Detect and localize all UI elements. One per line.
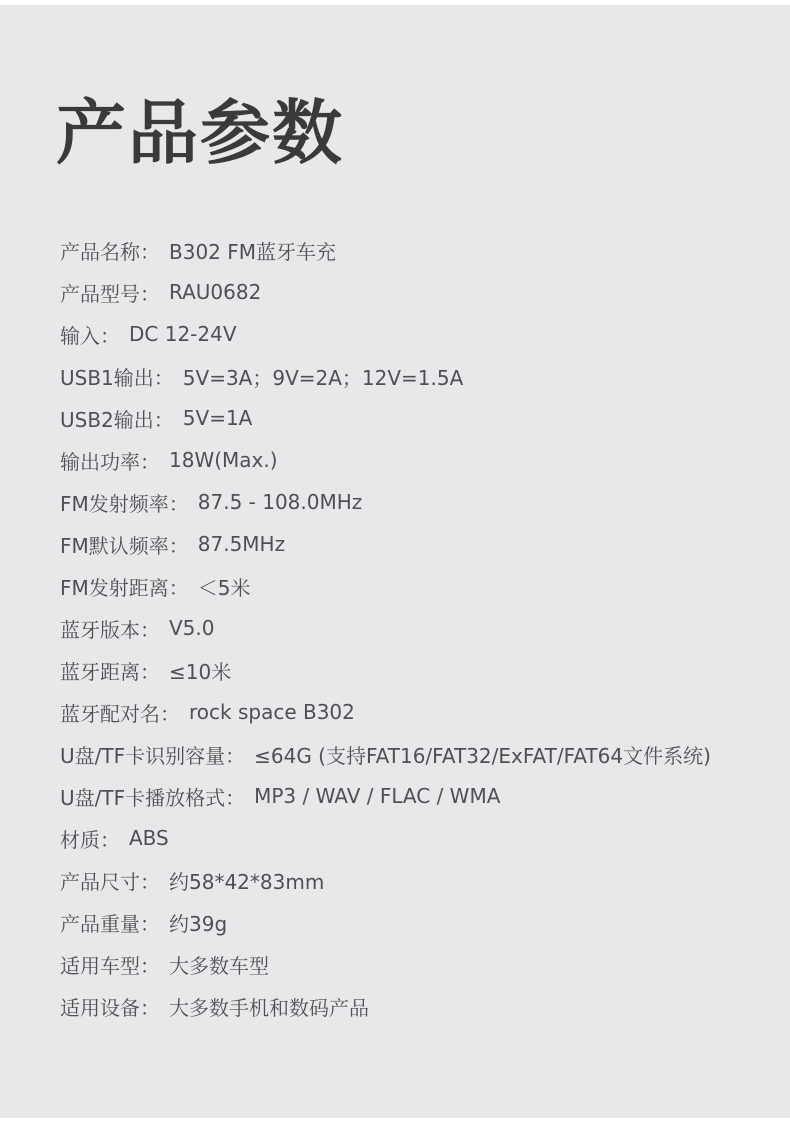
spec-label: 蓝牙距离 <box>60 656 140 685</box>
spec-colon: ： <box>100 320 120 349</box>
spec-row-fm-default-frequency: FM默认频率：87.5MHz <box>60 523 770 565</box>
spec-label: 产品尺寸 <box>60 866 140 895</box>
spec-label: 蓝牙配对名 <box>60 698 160 727</box>
spec-label: 输入 <box>60 320 100 349</box>
spec-row-applicable-vehicles: 适用车型：大多数车型 <box>60 943 770 985</box>
spec-label: U盘/TF卡播放格式 <box>60 782 225 811</box>
spec-label: FM默认频率 <box>60 530 169 559</box>
spec-colon: ： <box>140 866 160 895</box>
spec-label: USB1输出 <box>60 362 154 391</box>
bottom-white-band <box>0 1118 790 1124</box>
spec-value: B302 FM蓝牙车充 <box>169 236 336 265</box>
spec-value: 大多数手机和数码产品 <box>169 992 369 1021</box>
spec-colon: ： <box>225 782 245 811</box>
top-white-band <box>0 0 790 5</box>
spec-row-usb-tf-playback-formats: U盘/TF卡播放格式：MP3 / WAV / FLAC / WMA <box>60 775 770 817</box>
spec-row-product-name: 产品名称：B302 FM蓝牙车充 <box>60 229 770 271</box>
spec-row-bluetooth-pairing-name: 蓝牙配对名：rock space B302 <box>60 691 770 733</box>
spec-list: 产品名称：B302 FM蓝牙车充 产品型号：RAU0682 输入：DC 12-2… <box>60 229 770 1027</box>
spec-value: DC 12-24V <box>129 322 237 346</box>
spec-label: 产品名称 <box>60 236 140 265</box>
spec-value: 87.5 - 108.0MHz <box>198 490 363 514</box>
spec-label: 产品重量 <box>60 908 140 937</box>
spec-colon: ： <box>100 824 120 853</box>
spec-colon: ： <box>140 614 160 643</box>
spec-label: 蓝牙版本 <box>60 614 140 643</box>
spec-label: 适用设备 <box>60 992 140 1021</box>
spec-value: 5V=1A <box>183 406 253 430</box>
spec-colon: ： <box>169 488 189 517</box>
spec-row-applicable-devices: 适用设备：大多数手机和数码产品 <box>60 985 770 1027</box>
spec-value: MP3 / WAV / FLAC / WMA <box>254 784 500 808</box>
spec-row-usb2-output: USB2输出：5V=1A <box>60 397 770 439</box>
spec-row-model: 产品型号：RAU0682 <box>60 271 770 313</box>
spec-colon: ： <box>160 698 180 727</box>
spec-row-fm-tx-distance: FM发射距离：＜5米 <box>60 565 770 607</box>
spec-row-input: 输入：DC 12-24V <box>60 313 770 355</box>
spec-colon: ： <box>140 236 160 265</box>
spec-label: 产品型号 <box>60 278 140 307</box>
spec-colon: ： <box>140 278 160 307</box>
spec-value: V5.0 <box>169 616 215 640</box>
spec-value: 18W(Max.) <box>169 448 278 472</box>
spec-label: USB2输出 <box>60 404 154 433</box>
spec-value: 约39g <box>169 908 227 937</box>
spec-row-material: 材质：ABS <box>60 817 770 859</box>
spec-row-output-power: 输出功率：18W(Max.) <box>60 439 770 481</box>
spec-label: FM发射频率 <box>60 488 169 517</box>
spec-value: 大多数车型 <box>169 950 269 979</box>
spec-row-usb-tf-capacity: U盘/TF卡识别容量：≤64G (支持FAT16/FAT32/ExFAT/FAT… <box>60 733 770 775</box>
spec-colon: ： <box>140 908 160 937</box>
spec-label: FM发射距离 <box>60 572 169 601</box>
spec-value: rock space B302 <box>189 700 355 724</box>
spec-row-product-weight: 产品重量：约39g <box>60 901 770 943</box>
spec-label: 材质 <box>60 824 100 853</box>
spec-value: 约58*42*83mm <box>169 866 324 895</box>
spec-row-product-size: 产品尺寸：约58*42*83mm <box>60 859 770 901</box>
spec-colon: ： <box>140 446 160 475</box>
spec-colon: ： <box>169 572 189 601</box>
spec-value: ABS <box>129 826 169 850</box>
spec-value: 87.5MHz <box>198 532 285 556</box>
spec-colon: ： <box>140 656 160 685</box>
spec-label: 适用车型 <box>60 950 140 979</box>
spec-colon: ： <box>154 404 174 433</box>
spec-colon: ： <box>169 530 189 559</box>
product-spec-page: 产品参数 产品名称：B302 FM蓝牙车充 产品型号：RAU0682 输入：DC… <box>0 0 790 1124</box>
spec-label: U盘/TF卡识别容量 <box>60 740 225 769</box>
spec-label: 输出功率 <box>60 446 140 475</box>
spec-value: ＜5米 <box>198 572 251 601</box>
spec-value: RAU0682 <box>169 280 261 304</box>
spec-colon: ： <box>154 362 174 391</box>
spec-value: ≤10米 <box>169 656 231 685</box>
spec-value: ≤64G (支持FAT16/FAT32/ExFAT/FAT64文件系统) <box>254 740 711 769</box>
spec-row-usb1-output: USB1输出：5V=3A；9V=2A；12V=1.5A <box>60 355 770 397</box>
spec-colon: ： <box>140 950 160 979</box>
spec-row-fm-tx-frequency: FM发射频率：87.5 - 108.0MHz <box>60 481 770 523</box>
spec-row-bluetooth-version: 蓝牙版本：V5.0 <box>60 607 770 649</box>
spec-value: 5V=3A；9V=2A；12V=1.5A <box>183 362 464 391</box>
spec-colon: ： <box>140 992 160 1021</box>
spec-row-bluetooth-distance: 蓝牙距离：≤10米 <box>60 649 770 691</box>
page-title: 产品参数 <box>56 88 344 179</box>
spec-colon: ： <box>225 740 245 769</box>
